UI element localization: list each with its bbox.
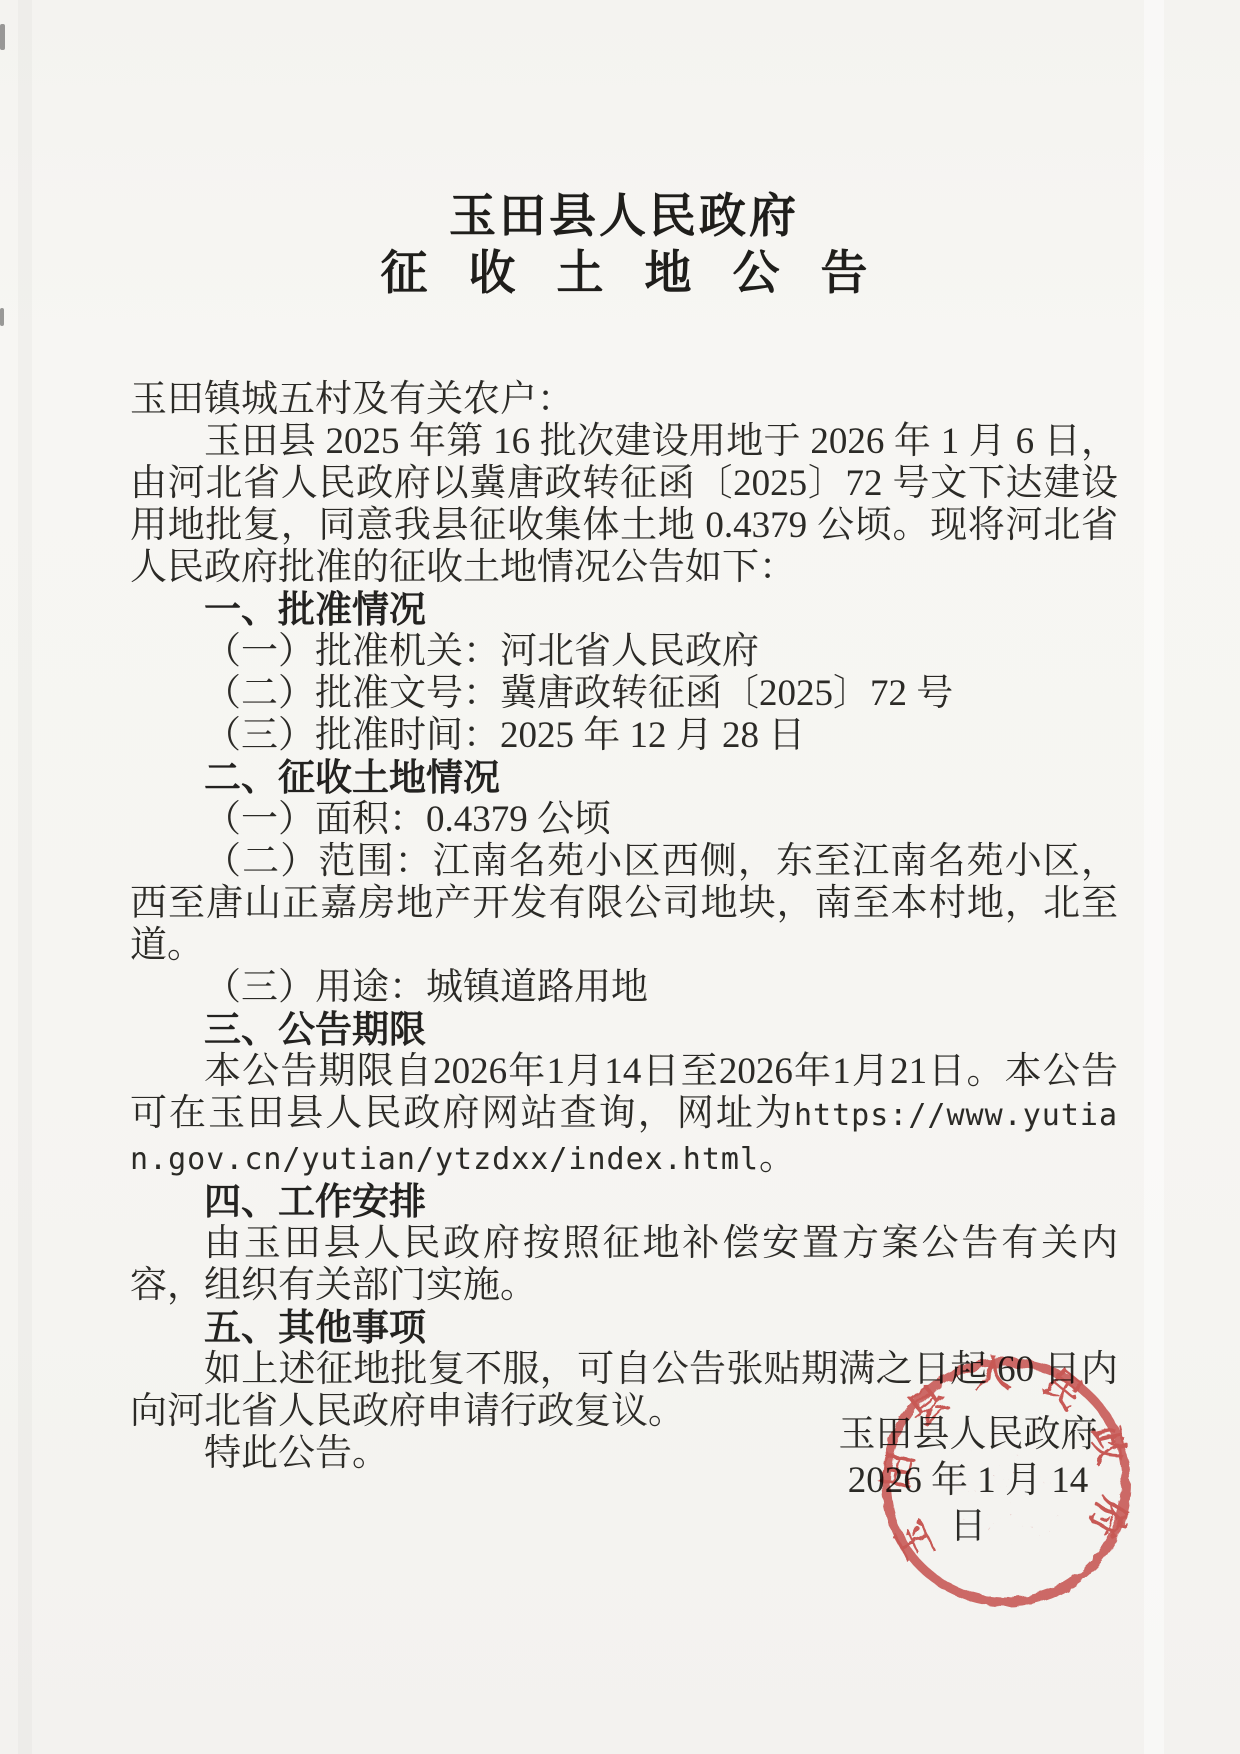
scan-streak-left xyxy=(18,0,32,1754)
official-seal: 玉田县人民政府 xyxy=(856,1332,1156,1632)
document-content: 玉田县人民政府 征收土地公告 玉田镇城五村及有关农户： 玉田县 2025 年第 … xyxy=(130,0,1118,1475)
section3-text-after-url: 。 xyxy=(759,1137,796,1178)
section2-item-usage: （三）用途：城镇道路用地 xyxy=(130,967,1118,1009)
document-title-line1: 玉田县人民政府 xyxy=(130,190,1118,244)
salutation: 玉田镇城五村及有关农户： xyxy=(130,379,1118,421)
intro-paragraph: 玉田县 2025 年第 16 批次建设用地于 2026 年 1 月 6 日，由河… xyxy=(130,421,1118,589)
scan-speck xyxy=(0,308,4,326)
section3-heading: 三、公告期限 xyxy=(130,1009,1118,1051)
section2-heading: 二、征收土地情况 xyxy=(130,757,1118,799)
scan-speck xyxy=(0,24,5,50)
document-body: 玉田镇城五村及有关农户： 玉田县 2025 年第 16 批次建设用地于 2026… xyxy=(130,379,1118,1475)
section1-heading: 一、批准情况 xyxy=(130,589,1118,631)
section4-paragraph: 由玉田县人民政府按照征地补偿安置方案公告有关内容，组织有关部门实施。 xyxy=(130,1223,1118,1307)
section1-item-approval-date: （三）批准时间：2025 年 12 月 28 日 xyxy=(130,715,1118,757)
section2-item-scope: （二）范围：江南名苑小区西侧，东至江南名苑小区，西至唐山正嘉房地产开发有限公司地… xyxy=(130,841,1118,967)
announcement-document: 玉田县人民政府 征收土地公告 玉田镇城五村及有关农户： 玉田县 2025 年第 … xyxy=(0,0,1240,1754)
section4-heading: 四、工作安排 xyxy=(130,1181,1118,1223)
section2-item-area: （一）面积：0.4379 公顷 xyxy=(130,799,1118,841)
section1-item-approving-authority: （一）批准机关：河北省人民政府 xyxy=(130,631,1118,673)
section1-item-approval-number: （二）批准文号：冀唐政转征函〔2025〕72 号 xyxy=(130,673,1118,715)
national-emblem-icon xyxy=(942,1420,1070,1548)
document-title-line2: 征收土地公告 xyxy=(130,246,1118,302)
section3-paragraph: 本公告期限自2026年1月14日至2026年1月21日。本公告可在玉田县人民政府… xyxy=(130,1051,1118,1181)
